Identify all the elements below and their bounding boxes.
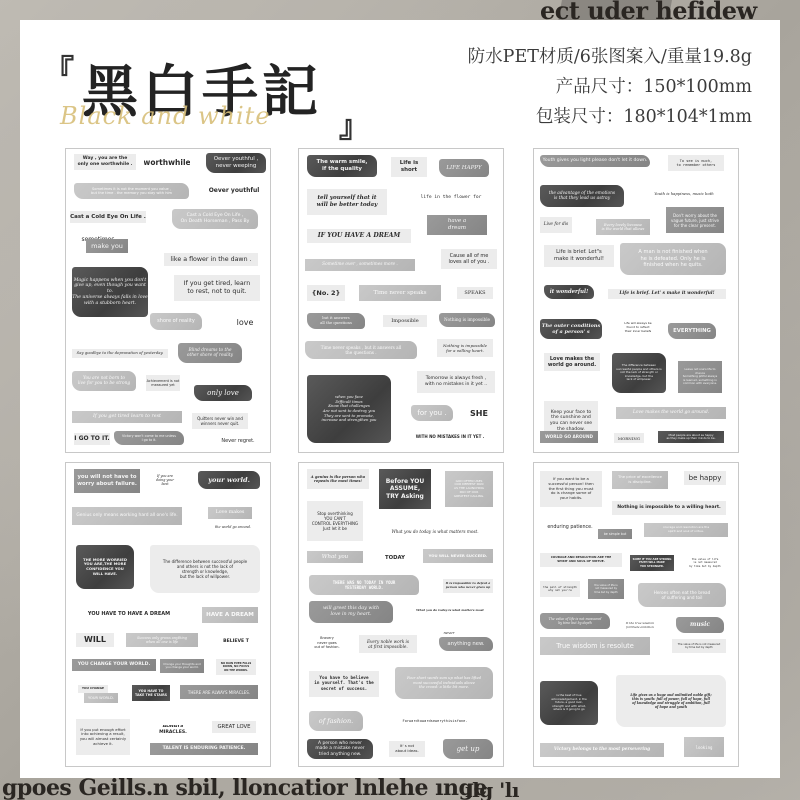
sticker: Magic happens when you don't give up, ev… [72, 267, 148, 317]
sticker: It is impossible to defeat a person who … [443, 579, 493, 593]
sticker: Nothing is impossible to a willing heart… [612, 501, 726, 515]
sticker: Impossible [383, 315, 427, 327]
sticker: What you do today is what matters most. [379, 527, 491, 537]
sticker: make you [86, 239, 128, 253]
sticker: Youth gives you light please don't let i… [540, 155, 650, 167]
sticker: but it answers all the questions [307, 313, 365, 329]
sticker: GOD OFTEN USES OUR DEEPEST PAIN AS THE L… [445, 471, 493, 507]
sticker: Cast a Cold Eye On Life , On Death Horse… [172, 209, 258, 229]
sticker: worthwhile [144, 157, 190, 169]
sticker: Every noble work is at first impossible. [359, 635, 417, 653]
sticker: Oever youthful [206, 185, 262, 197]
sticker: anything new. [439, 637, 493, 651]
sticker: Love makes the world go around. [544, 353, 600, 371]
spec-product-size: 产品尺寸：150*100mm [468, 72, 752, 102]
sticker: Heroes often eat the bread of suffering … [638, 583, 726, 607]
sticker: have a dream [427, 215, 487, 235]
sticker: YOU HAVE TO HAVE A DREAM [74, 609, 184, 619]
sticker: be happy [684, 471, 726, 485]
sticker: {No. 2} [307, 285, 345, 301]
sticker: Most people are about as happy as they m… [658, 431, 724, 443]
sticker: Four short words sum up what has lifted … [395, 667, 493, 699]
sticker: Sometimes it is not the moment you value… [74, 183, 189, 199]
sticker: A person who never made a mistake never … [307, 739, 373, 759]
sticker: be simple but [598, 529, 632, 539]
background-newsprint-bottom: gpoes Geills.n sbil, lloncatior lnlehe ı… [2, 775, 487, 800]
sticker: Sometime over , sometimes more . [305, 259, 415, 271]
sticker: If you want to be a successful person! t… [540, 471, 602, 507]
sticker: Achievement is not measured yet [146, 375, 180, 391]
sticker: COURAGE AND RESOLUTION ARE THE SPIRIT AN… [540, 553, 622, 567]
sticker: Life is brief. Let"s make it wonderful! [544, 245, 614, 267]
sticker: What you [307, 551, 363, 563]
sticker: Blind dreams to the other shore of reali… [178, 343, 242, 363]
sticker: the advantage of the emotions is that th… [540, 185, 624, 207]
sticker: shore of reality [150, 313, 202, 330]
sticker: for you . [411, 405, 453, 421]
sticker: Stop overthinking YOU CAN'T CONTROL EVER… [307, 501, 363, 541]
sticker: If you put enough effort into achieving … [76, 719, 130, 755]
sticker: Change your thoughts and you change your… [160, 659, 204, 673]
corner-bracket-close: 』 [339, 102, 369, 146]
corner-bracket-open: 『 [44, 46, 74, 90]
sticker: Life is short [391, 157, 427, 177]
sticker: Youth is happiness, music both [642, 189, 726, 199]
sticker: If you get tired learn to rest [72, 411, 182, 423]
sticker: Cause all of me loves all of you . [441, 249, 497, 269]
sticker: YOUR WORLD. [84, 693, 118, 703]
sticker: It' s not about ideas. [389, 741, 425, 757]
sticker: never [439, 629, 459, 637]
sticker: Never regret. [218, 436, 258, 446]
sticker: music [676, 617, 724, 633]
spec-material: 防水PET材质/6张图案入/重量19.8g [468, 42, 752, 72]
sticker: Life will always be found to reflect the… [618, 319, 658, 337]
sticker: MORNING [614, 433, 644, 443]
sticker: THERE ARE ALWAYS MIRACLES. [180, 685, 258, 699]
sticker: NO RAIN EVER FALLS DOWN, NO FOCUS ON THE… [216, 659, 256, 675]
sticker: the poll of strength why not you're [540, 581, 580, 597]
sticker: If you get tired, learn to rest, not to … [174, 275, 260, 301]
sticker: The price of excellence is discipline. [612, 471, 668, 489]
sticker: YOU HAVE TO TAKE THE STAIRS [132, 685, 170, 701]
sticker: Bravery never goes out of fashion. [309, 633, 345, 653]
sticker: Victory won't come to me unless I go to … [114, 431, 184, 445]
sticker: Genius only means working hard all one's… [72, 507, 182, 525]
sticker: LIFE HAPPY [439, 159, 489, 177]
sticker: BELIEVE T [218, 637, 254, 647]
sticker: The difference between successful people… [612, 353, 666, 393]
title-english: Black and white [60, 102, 271, 130]
sticker: A genius is the person who repeats the m… [307, 469, 369, 489]
sticker: courage and resolution are the spirit an… [644, 523, 728, 537]
sticker: The value of life is not measured by tim… [672, 639, 726, 653]
sticker: Live for dis [540, 217, 572, 233]
sticker: IF YOU HAVE A DREAM [307, 229, 411, 243]
sticker: Oever youthful , never weeping [206, 153, 266, 173]
sticker: True wisdom is resolute [540, 637, 650, 655]
sticker: What you do today is what matters most [407, 607, 493, 615]
sticker: TALENT IS ENDURING PATIENCE. [150, 743, 258, 755]
sticker: Victory belongs to the most persevering [540, 743, 664, 757]
sticker: YOU CHANGE [78, 685, 108, 693]
sticker: of fashion. [309, 711, 363, 731]
sticker: the value of life is not measured by tim… [588, 579, 624, 599]
sticker: will greet this day with love in my hear… [309, 601, 393, 623]
sticker: like a flower in the dawn . [164, 253, 258, 266]
sticker-sheet-3: Youth gives you light please don't let i… [533, 148, 739, 453]
sticker: I GO TO IT. [74, 433, 110, 445]
sticker: the value of life is not measured by tim… [684, 555, 726, 571]
sticker: get up [443, 739, 493, 759]
sticker: Quitters never win and winners never qui… [192, 413, 248, 429]
sticker: Don't worry about the vague future, just… [666, 207, 724, 233]
sticker: WITH NO MISTAKES IN IT YET . [407, 431, 493, 441]
sticker: GREAT LOVE [212, 721, 256, 733]
sticker: The difference between successful people… [150, 545, 260, 593]
sticker: TODAY [379, 553, 411, 563]
sticker: Cast a Cold Eye On Life . [70, 211, 146, 223]
sticker: Time never speaks [359, 285, 441, 301]
sticker: EVERYTHING [668, 323, 716, 339]
sticker: Love makes [208, 507, 252, 519]
sticker-sheet-4: you will not have to worry about failure… [65, 462, 271, 767]
sticker: Life is brief. Let' s make it wonderful! [608, 289, 726, 299]
sticker: Way , you are the only one worthwhile . [74, 154, 136, 170]
sticker: only love [194, 385, 252, 401]
sticker: The value of life is not measured by tim… [540, 613, 610, 629]
sticker: Before YOU ASSUME, TRY Asking [379, 469, 431, 509]
sticker: WILL [76, 633, 114, 647]
sticker-sheet-1: Way , you are the only one worthwhile .w… [65, 148, 271, 453]
sticker: THERE WAS NO TODAY IN YOUR YESTERDAY WOR… [309, 575, 419, 595]
sticker: Forwardtowardsewerythisisfane. [379, 717, 491, 725]
sticker: you will not have to worry about failure… [74, 469, 140, 493]
sticker: Tomorrow is always fresh , with no mista… [417, 371, 495, 393]
sticker: Time never speaks , but it answers all t… [305, 341, 417, 359]
sticker-sheet-6: If you want to be a successful person! t… [533, 462, 739, 767]
sticker: life in the flower for [409, 193, 493, 203]
sticker: Say goodbye to the depravation of yester… [72, 349, 168, 358]
sticker: Love makes the world go around. [616, 407, 726, 419]
product-specs: 防水PET材质/6张图案入/重量19.8g 产品尺寸：150*100mm 包装尺… [468, 42, 752, 132]
sticker: the world go around. [208, 523, 258, 531]
sticker: YOU CHANGE YOUR WORLD. [72, 659, 156, 671]
sticker: love [234, 317, 256, 329]
spec-package-size: 包装尺寸：180*104*1mm [468, 102, 752, 132]
sticker: If you are doing your best [150, 471, 180, 489]
sticker: To see is much, to remember others [668, 155, 724, 171]
sticker: SPEAKS [457, 287, 493, 299]
sticker-sheet-2: The warm smile, if the qualityLife is sh… [298, 148, 504, 453]
sticker: it wonderful! [544, 285, 594, 299]
sticker: HAVE A DREAM [202, 607, 258, 623]
sticker: Life gives us a huge and unlimited noble… [616, 675, 726, 727]
sticker: looking [684, 737, 724, 757]
sticker: ALWAYS MIRACLES. [148, 725, 198, 735]
sticker: YOU WILL NEVER SUCCEED. [423, 549, 493, 563]
sticker: when you face Difficult times Know that … [307, 375, 391, 443]
sticker: WORLD GO AROUND [540, 431, 598, 443]
sticker: You have to believe in yourself. That's … [309, 671, 379, 697]
sticker: Leave not one's life to chance Something… [678, 361, 722, 393]
sticker: Nothing is impossible for a willing hear… [437, 339, 493, 357]
product-card: 『 黑白手記 Black and white 』 防水PET材质/6张图案入/重… [20, 20, 780, 778]
sticker-sheet-5: A genius is the person who repeats the m… [298, 462, 504, 767]
sticker: It the true wisdom fortitude ambition [622, 619, 658, 633]
sticker: The warm smile, if the quality [307, 155, 377, 177]
sticker: The outer conditions of a person' s [540, 319, 602, 339]
product-title: 『 黑白手記 Black and white 』 [44, 44, 384, 134]
sticker: SOME IF YOU ARE STRONG FAITH WILL MAKE Y… [630, 555, 674, 571]
sticker: Nothing is impossible [439, 313, 495, 327]
sticker: THE MORE WORRIED YOU ARE,THE MORE CONFID… [76, 545, 134, 589]
sticker: tell yourself that it will be better tod… [307, 189, 387, 215]
sticker: Success only grows anything when all one… [126, 633, 198, 647]
sticker: enduring patience. [542, 523, 598, 533]
sticker: You are not born to live for you to be s… [72, 371, 136, 391]
sticker: SHE [467, 408, 491, 420]
background-newsprint-bottom-2: ılg 'lı [465, 778, 519, 800]
sticker: your world. [198, 471, 260, 489]
sticker: A man is not finished when he is defeate… [620, 243, 726, 275]
sticker: Every lovely because is the world that a… [596, 219, 650, 235]
sticker: is the best of true acknowledgement, in … [540, 681, 598, 725]
